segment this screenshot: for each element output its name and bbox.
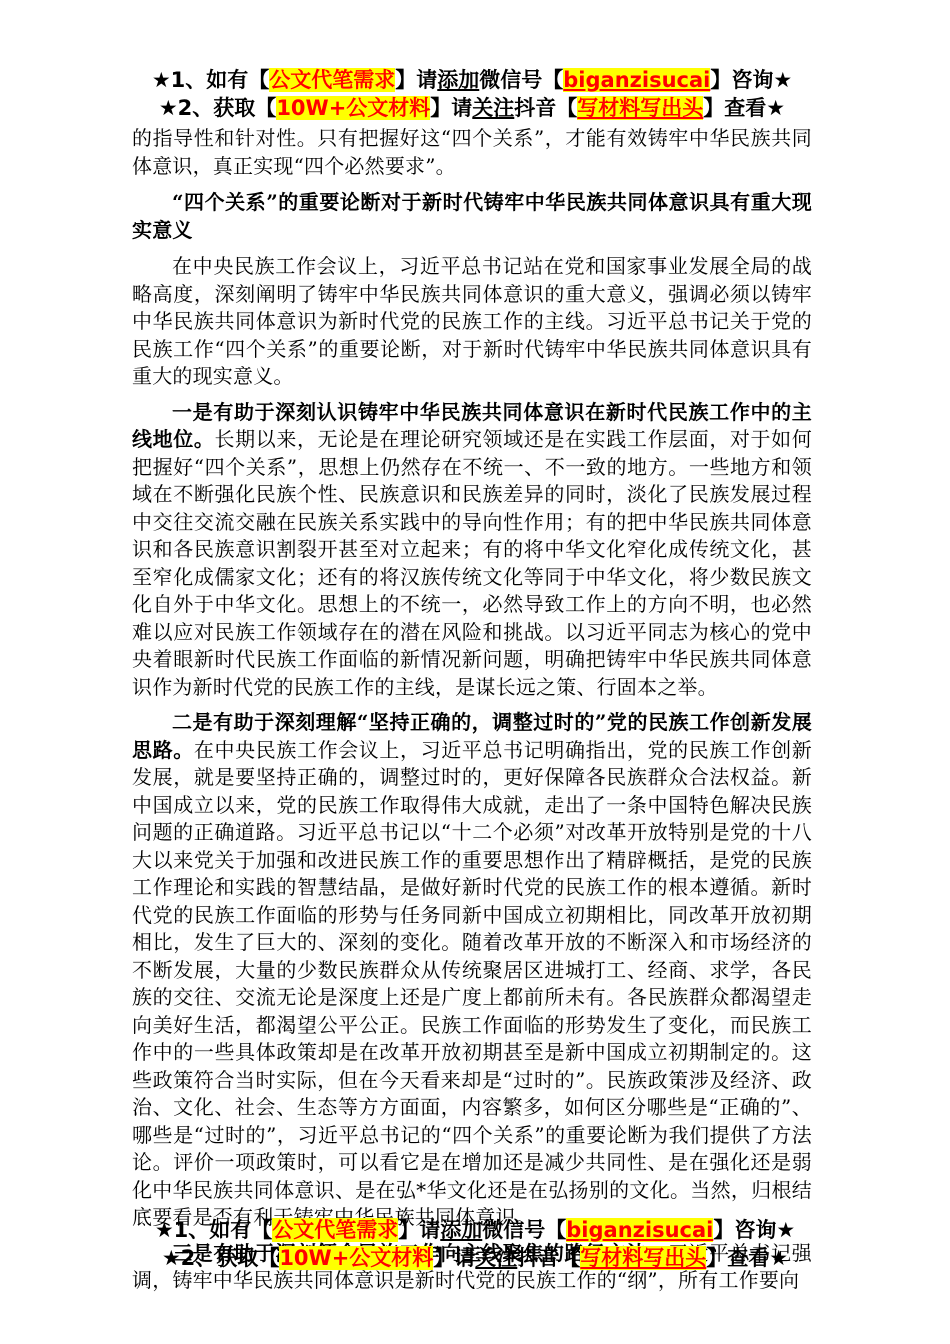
promo-text: 微信号【: [479, 68, 563, 92]
promo-header-line-2: ★2、获取【10W+公文材料】请关注抖音【写材料写出头】查看★: [132, 94, 812, 122]
promo-text: ★1、如有【: [155, 1218, 272, 1242]
promo-text: 微信号【: [482, 1218, 566, 1242]
promo-footer-line-2: ★2、获取【10W+公文材料】请关注抖音【写材料写出头】查看★: [0, 1244, 950, 1272]
section-heading: “四个关系”的重要论断对于新时代铸牢中华民族共同体意识具有重大现实意义: [132, 189, 812, 244]
document-page: ★1、如有【公文代笔需求】请添加微信号【biganzisucai】咨询★ ★2、…: [0, 0, 950, 1344]
promo-header: ★1、如有【公文代笔需求】请添加微信号【biganzisucai】咨询★ ★2、…: [132, 66, 812, 122]
promo-text: 】请: [430, 96, 472, 120]
promo-highlight-materials: 10W+公文材料: [279, 1246, 433, 1270]
paragraph-body-text: 长期以来，无论是在理论研究领域还是在实践工作层面，对于如何把握好“四个关系”，思…: [132, 427, 812, 699]
promo-wechat-id: biganzisucai: [566, 1218, 713, 1242]
promo-underlined-follow: 关注: [475, 1246, 517, 1270]
promo-text: 抖音【: [517, 1246, 580, 1270]
document-body: 的指导性和针对性。只有把握好这“四个关系”，才能有效铸牢中华民族共同体意识，真正…: [132, 125, 812, 1295]
promo-text: 】查看★: [706, 1246, 788, 1270]
promo-underlined-add: 添加: [437, 68, 479, 92]
promo-text: 】请: [398, 1218, 440, 1242]
promo-highlight-service: 公文代笔需求: [272, 1218, 398, 1242]
promo-header-line-1: ★1、如有【公文代笔需求】请添加微信号【biganzisucai】咨询★: [132, 66, 812, 94]
promo-text: 】咨询★: [710, 68, 792, 92]
promo-underlined-follow: 关注: [472, 96, 514, 120]
promo-wechat-id: biganzisucai: [563, 68, 710, 92]
promo-underlined-add: 添加: [440, 1218, 482, 1242]
paragraph-point-two: 二是有助于深刻理解“坚持正确的，调整过时的”党的民族工作创新发展思路。在中央民族…: [132, 709, 812, 1232]
promo-douyin-id: 写材料写出头: [577, 96, 703, 120]
promo-text: 】查看★: [703, 96, 785, 120]
promo-footer-line-1: ★1、如有【公文代笔需求】请添加微信号【biganzisucai】咨询★: [0, 1216, 950, 1244]
paragraph-overview: 在中央民族工作会议上，习近平总书记站在党和国家事业发展全局的战略高度，深刻阐明了…: [132, 253, 812, 391]
promo-text: 】请: [433, 1246, 475, 1270]
promo-text: 】请: [395, 68, 437, 92]
intro-continuation-paragraph: 的指导性和针对性。只有把握好这“四个关系”，才能有效铸牢中华民族共同体意识，真正…: [132, 125, 812, 180]
promo-text: 抖音【: [514, 96, 577, 120]
promo-footer: ★1、如有【公文代笔需求】请添加微信号【biganzisucai】咨询★ ★2、…: [0, 1216, 950, 1272]
paragraph-body-text: 在中央民族工作会议上，习近平总书记站在党和国家事业发展全局的战略高度，深刻阐明了…: [132, 254, 812, 388]
paragraph-point-one: 一是有助于深刻认识铸牢中华民族共同体意识在新时代民族工作中的主线地位。长期以来，…: [132, 399, 812, 702]
promo-text: 】咨询★: [713, 1218, 795, 1242]
promo-text: ★1、如有【: [152, 68, 269, 92]
promo-text: ★2、获取【: [159, 96, 276, 120]
paragraph-body-text: 在中央民族工作会议上，习近平总书记明确指出，党的民族工作创新发展，就是要坚持正确…: [132, 738, 812, 1230]
promo-douyin-id: 写材料写出头: [580, 1246, 706, 1270]
promo-highlight-service: 公文代笔需求: [269, 68, 395, 92]
promo-highlight-materials: 10W+公文材料: [276, 96, 430, 120]
promo-text: ★2、获取【: [162, 1246, 279, 1270]
